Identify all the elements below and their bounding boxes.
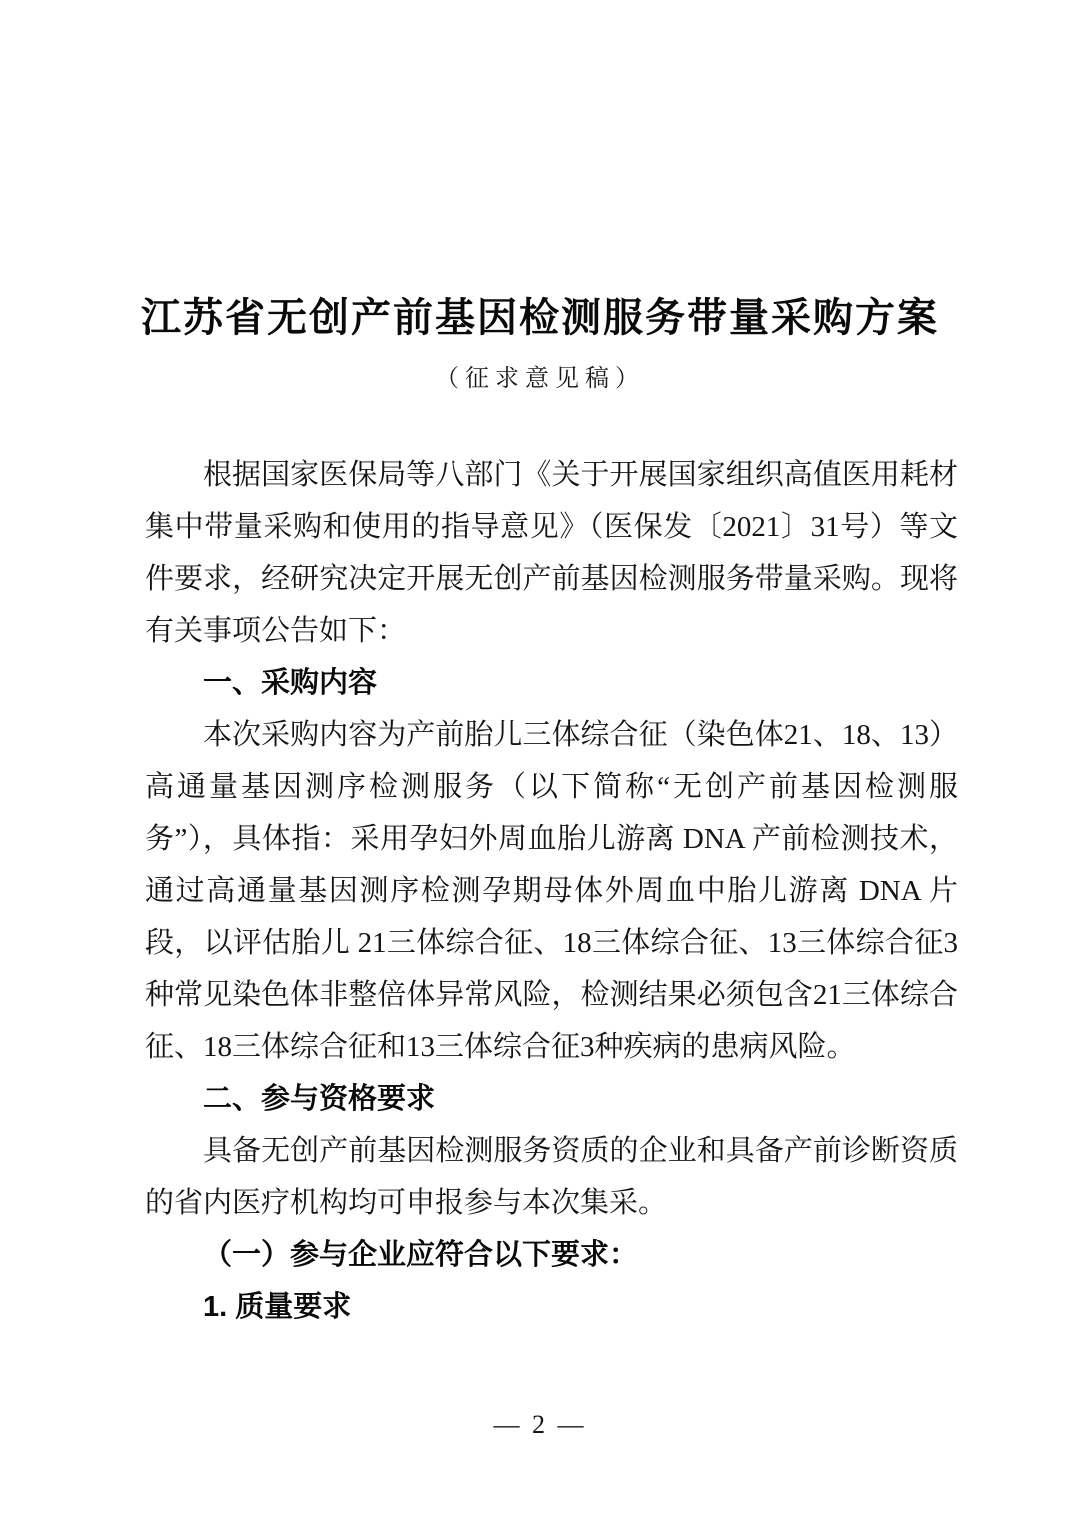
document-body: 根据国家医保局等八部门《关于开展国家组织高值医用耗材集中带量采购和使用的指导意见… [145,449,958,1333]
subsection-1-heading: （一）参与企业应符合以下要求： [145,1229,958,1281]
intro-paragraph: 根据国家医保局等八部门《关于开展国家组织高值医用耗材集中带量采购和使用的指导意见… [145,449,958,657]
document-subtitle: （征求意见稿） [0,358,1080,393]
section-2-heading: 二、参与资格要求 [145,1073,958,1125]
document-title: 江苏省无创产前基因检测服务带量采购方案 [0,0,1080,342]
page-number: — 2 — [0,1410,1080,1440]
section-2-paragraph: 具备无创产前基因检测服务资质的企业和具备产前诊断资质的省内医疗机构均可申报参与本… [145,1125,958,1229]
item-1-heading: 1. 质量要求 [145,1281,958,1333]
section-1-paragraph: 本次采购内容为产前胎儿三体综合征（染色体21、18、13）高通量基因测序检测服务… [145,709,958,1073]
document-page: 江苏省无创产前基因检测服务带量采购方案 （征求意见稿） 根据国家医保局等八部门《… [0,0,1080,1526]
section-1-heading: 一、采购内容 [145,657,958,709]
